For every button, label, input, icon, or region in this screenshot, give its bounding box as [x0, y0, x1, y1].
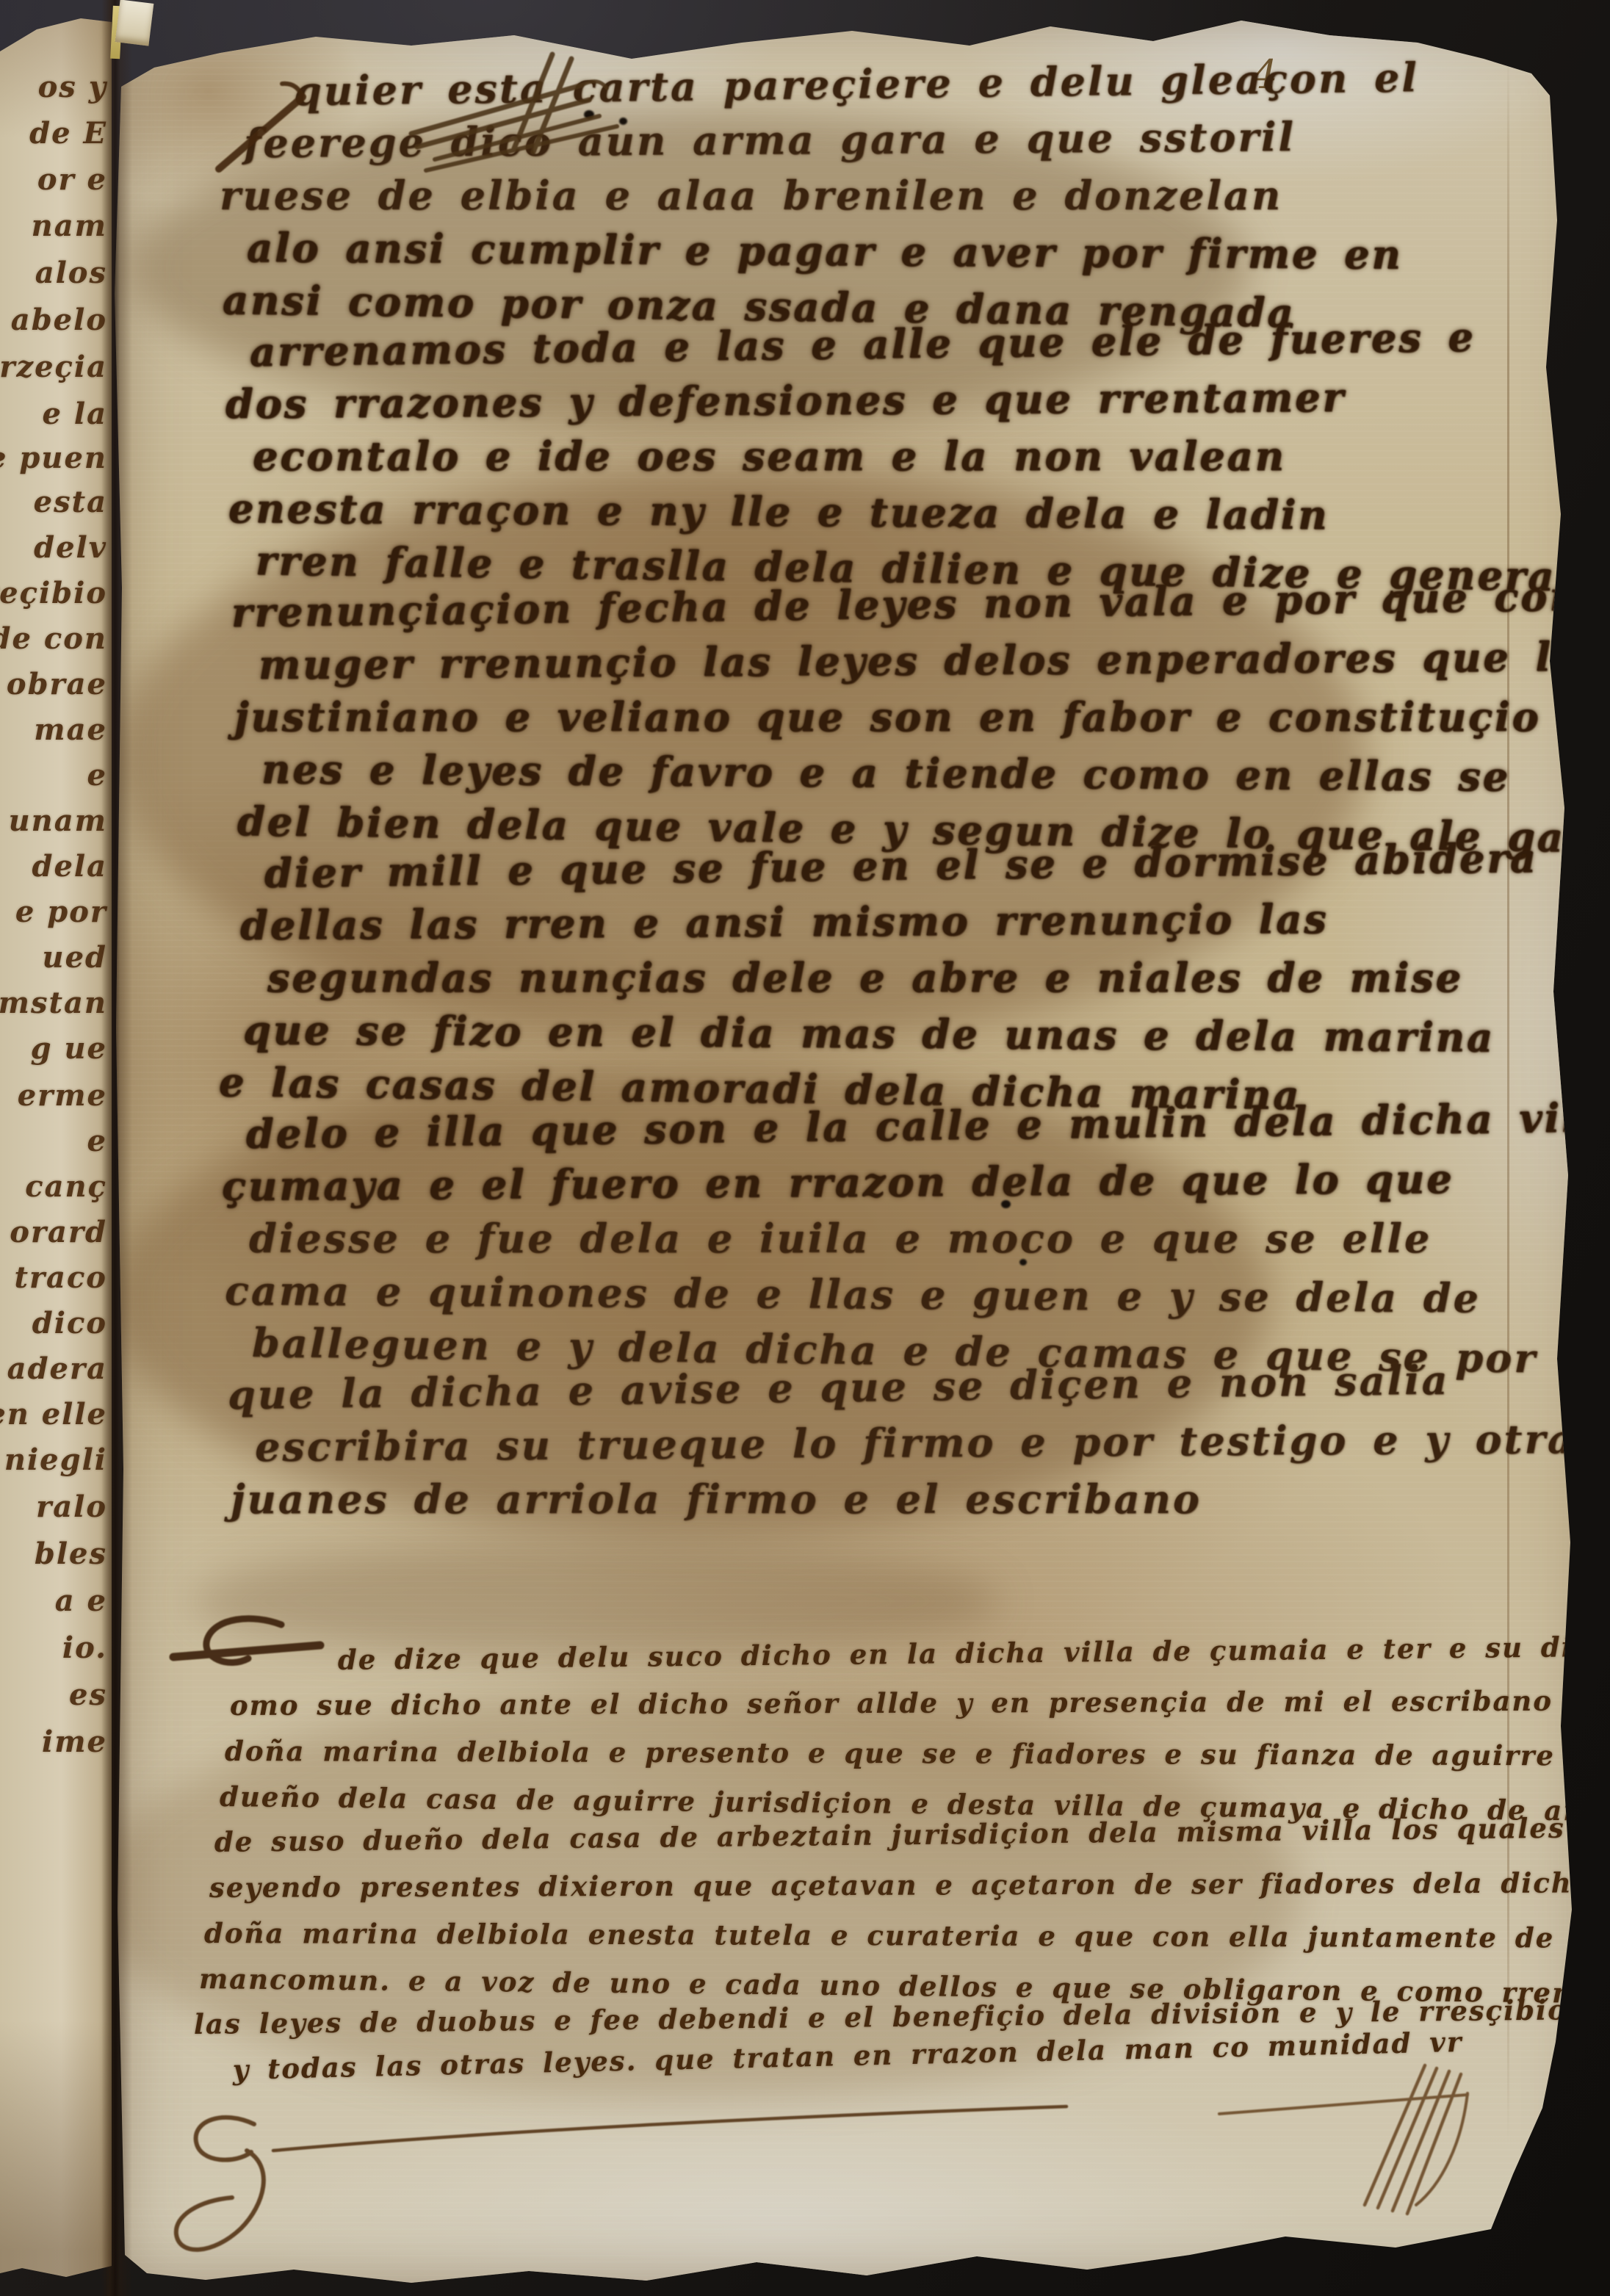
manuscript-line: dellas las rren e ansi mismo rrenunçio l…	[240, 894, 1557, 954]
manuscript-line: çumaya e el fuero en rrazon dela de que …	[222, 1155, 1557, 1215]
facing-page-fragment: erme	[18, 1078, 107, 1113]
facing-page-fragment: ime	[42, 1725, 107, 1759]
manuscript-line: ruese de elbia e alaa brenilen e donzela…	[220, 172, 1557, 224]
facing-page-fragment: e	[87, 1124, 107, 1158]
addendum-line: omo sue dicho ante el dicho señor allde …	[230, 1685, 1579, 1735]
manuscript-line: quier esta carta pareçiere e delu gleaço…	[294, 52, 1558, 120]
facing-page-fragment: obrae	[7, 667, 107, 701]
manuscript-line: segundas nunçias dele e abre e niales de…	[267, 954, 1557, 1006]
facing-page-fragment: e	[87, 758, 107, 793]
closing-rubric-mark	[176, 2107, 1066, 2250]
facing-page-fragment: de E	[29, 116, 107, 151]
facing-page-fragment: abelo	[11, 303, 107, 337]
addendum-line: doña marina delbiola e presento e que se…	[225, 1735, 1579, 1785]
manuscript-line: justiniano e veliano que son en fabor e …	[234, 693, 1557, 746]
facing-page-fragment: mae	[34, 712, 107, 747]
manuscript-line: juanes de arriola firmo e el escribano	[231, 1476, 1557, 1528]
facing-page-fragment: mstan	[0, 986, 107, 1020]
manuscript-line: enesta rraçon e ny lle e tueza dela e la…	[228, 485, 1557, 545]
facing-page-fragment: es	[69, 1678, 107, 1712]
facing-page-fragment: canç	[25, 1169, 107, 1204]
addendum-text-block: de dize que delu suco dicho en la dicha …	[213, 1644, 1579, 2099]
facing-page-fragment: de con	[0, 621, 107, 656]
manuscript-line: diesse e fue dela e iuila e moco e que s…	[249, 1215, 1557, 1267]
manuscript-line: feerege dico aun arma gara e que sstoril	[244, 112, 1557, 172]
manuscript-line: cama e quinones de e llas e guen e y se …	[225, 1267, 1557, 1327]
facing-page-edge: os yde Eor enamalosabeloarzeçiae lae pue…	[0, 0, 112, 2296]
facing-page-fragment: dela	[32, 849, 107, 884]
facing-page-fragment: esta	[34, 485, 107, 519]
facing-page-fragment: niegli	[4, 1443, 107, 1477]
facing-page-fragment: g ue	[31, 1031, 107, 1066]
facing-page-fragment: or e	[37, 162, 107, 197]
facing-page-fragment: unam	[9, 804, 107, 838]
manuscript-line: escribira su trueque lo firmo e por test…	[255, 1415, 1557, 1476]
facing-page-fragment: e por	[15, 895, 107, 929]
facing-page-fragment: a e	[55, 1584, 107, 1618]
facing-page-fragment: en elle	[0, 1397, 107, 1432]
facing-page-fragment: ued	[43, 940, 108, 975]
paper-tab	[115, 0, 154, 46]
facing-page-fragment: e la	[43, 397, 108, 431]
manuscript-line: que se fizo en el dia mas de unas e dela…	[243, 1006, 1557, 1066]
addendum-line: de dize que delu suco dicho en la dicha …	[338, 1631, 1580, 1689]
facing-page-fragment: os y	[38, 70, 107, 104]
facing-page-fragment: dico	[32, 1306, 107, 1340]
facing-page-fragment: traco	[14, 1260, 107, 1295]
addendum-line: doña marina delbiola enesta tutela e cur…	[204, 1917, 1579, 1968]
facing-page-fragment: arzeçia	[0, 350, 107, 384]
facing-page-fragment: alos	[35, 256, 107, 290]
facing-page-fragment: adera	[7, 1351, 107, 1386]
manuscript-page: 4	[103, 0, 1610, 2296]
facing-page-fragment: delv	[34, 530, 107, 565]
manuscript-line: dos rrazones y defensiones e que rrentam…	[225, 372, 1557, 433]
facing-page-fragment: reçibio	[0, 576, 107, 610]
facing-page-fragment: e puen	[0, 441, 107, 475]
manuscript-line: nes e leyes de favro e a tiende como en …	[261, 746, 1557, 806]
manuscript-line: muger rrenunçio las leyes delos enperado…	[259, 633, 1557, 693]
addendum-line: seyendo presentes dixieron que açetavan …	[209, 1866, 1579, 1917]
facing-page-fragment: ralo	[36, 1490, 107, 1524]
manuscript-line: econtalo e ide oes seam e la non valean	[253, 433, 1557, 485]
manuscript-line: alo ansi cumplir e pagar e aver por firm…	[247, 224, 1557, 284]
facing-page-fragment: io.	[62, 1631, 107, 1665]
manuscript-photo: { "photo": { "description": "Photograph …	[0, 0, 1610, 2296]
facing-page-fragment: nam	[32, 209, 107, 243]
main-text-block: quier esta carta pareçiere e delu gleaço…	[242, 68, 1557, 1528]
facing-page-fragment: orard	[10, 1215, 107, 1249]
facing-page-fragment: bles	[35, 1537, 107, 1571]
